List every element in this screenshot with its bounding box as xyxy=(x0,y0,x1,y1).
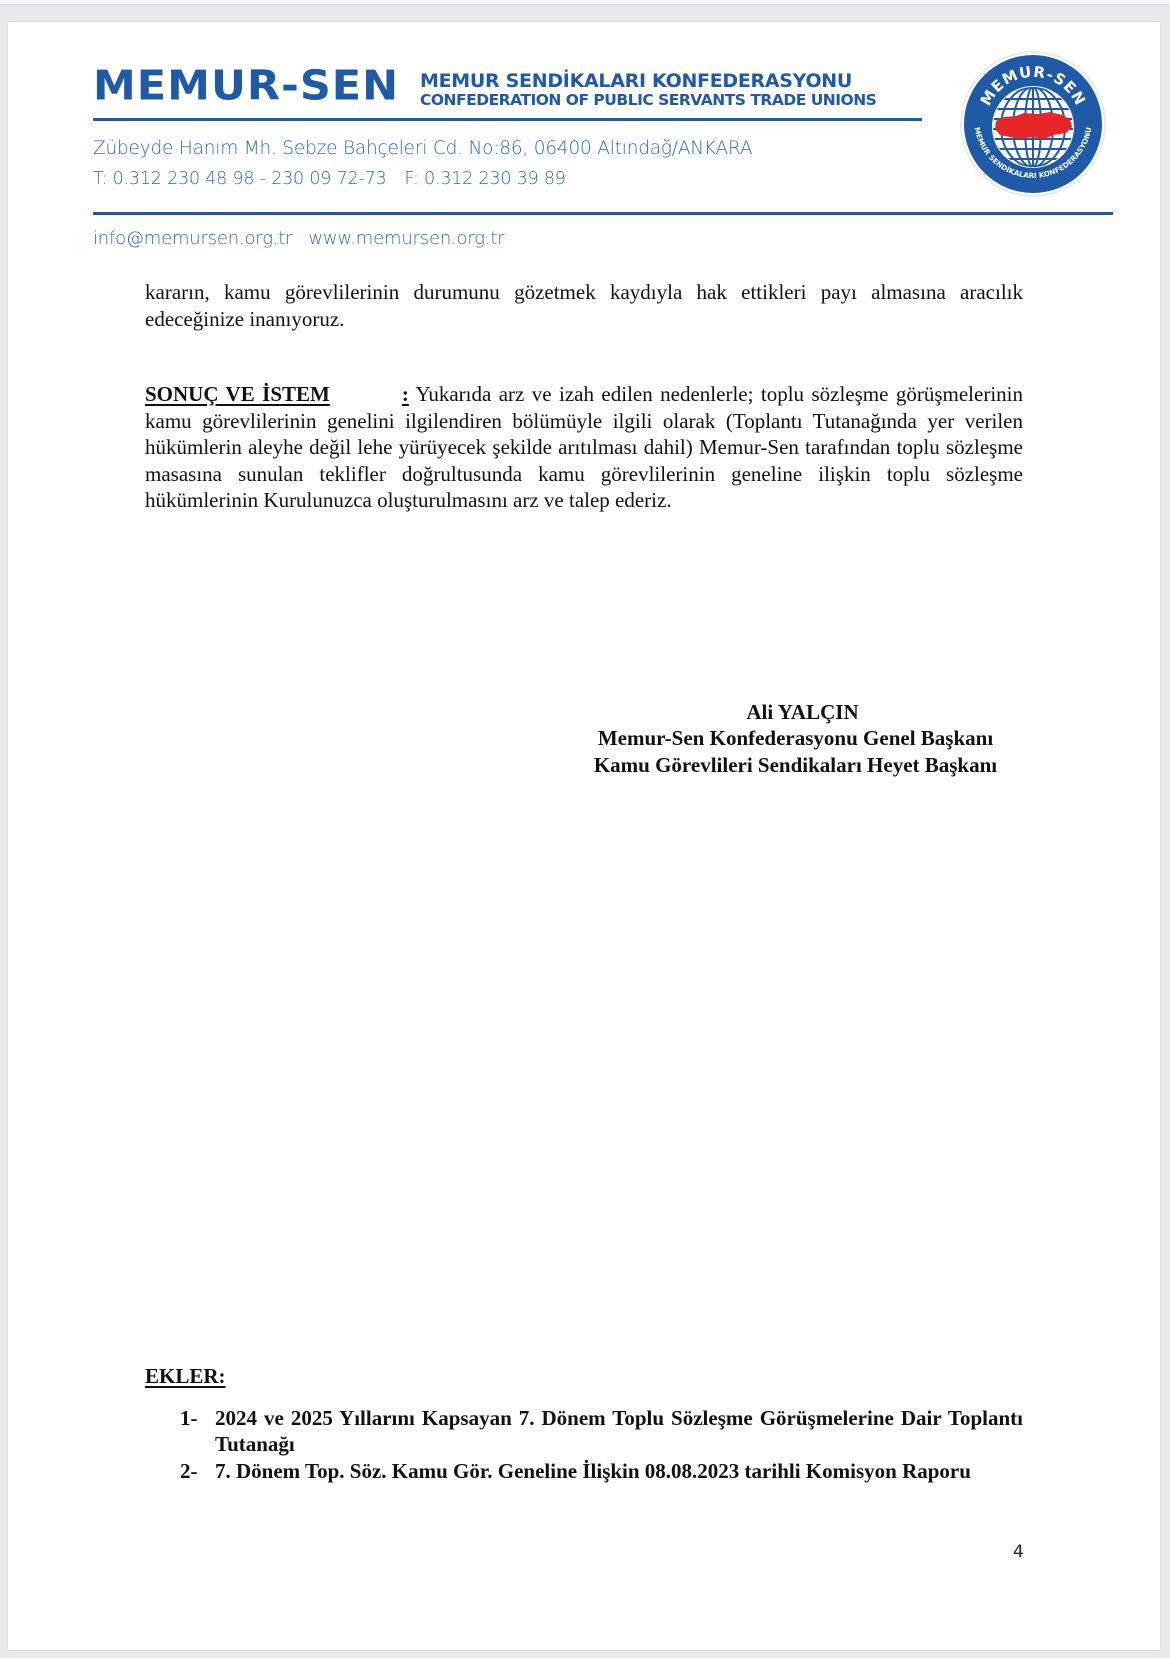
fax-number: F: 0.312 230 39 89 xyxy=(404,169,565,189)
signatory-name: Ali YALÇIN xyxy=(568,699,1023,725)
organization-names: MEMUR SENDİKALARI KONFEDERASYONU CONFEDE… xyxy=(420,72,876,109)
page-number: 4 xyxy=(1013,1542,1024,1562)
header-divider-bottom xyxy=(93,212,1113,215)
document-page: MEMUR-SEN MEMUR SENDİKALARI KONFEDERASYO… xyxy=(8,22,1160,1650)
attachments-list: 1- 2024 ve 2025 Yıllarını Kapsayan 7. Dö… xyxy=(180,1405,1023,1484)
signature-block: Ali YALÇIN Memur-Sen Konfederasyonu Gene… xyxy=(568,699,1023,778)
website-address: www.memursen.org.tr xyxy=(308,228,504,249)
org-name-english: CONFEDERATION OF PUBLIC SERVANTS TRADE U… xyxy=(420,93,876,109)
closing-paragraph: kararın, kamu görevlilerinin durumunu gö… xyxy=(145,279,1023,332)
brand-wordmark: MEMUR-SEN xyxy=(93,66,399,107)
attachment-item: 1- 2024 ve 2025 Yıllarını Kapsayan 7. Dö… xyxy=(180,1405,1023,1458)
svg-text:1995: 1995 xyxy=(1025,167,1042,174)
signatory-title-2: Kamu Görevlileri Sendikaları Heyet Başka… xyxy=(568,752,1023,778)
org-name-turkish: MEMUR SENDİKALARI KONFEDERASYONU xyxy=(420,72,876,91)
conclusion-paragraph: SONUÇ VE İSTEM: Yukarıda arz ve izah edi… xyxy=(145,381,1023,514)
attachment-text: 7. Dönem Top. Söz. Kamu Gör. Geneline İl… xyxy=(215,1458,1023,1484)
viewer-top-bar xyxy=(0,0,1170,5)
conclusion-heading: SONUÇ VE İSTEM: xyxy=(145,382,409,406)
memur-sen-logo-icon: MEMUR-SEN MEMUR SENDİKALARI KONFEDERASYO… xyxy=(958,49,1108,199)
attachment-item: 2- 7. Dönem Top. Söz. Kamu Gör. Geneline… xyxy=(180,1458,1023,1484)
signatory-title-1: Memur-Sen Konfederasyonu Genel Başkanı xyxy=(568,725,1023,751)
web-contact-line: info@memursen.org.trwww.memursen.org.tr xyxy=(93,228,504,249)
attachment-text: 2024 ve 2025 Yıllarını Kapsayan 7. Dönem… xyxy=(215,1405,1023,1458)
header-divider-top xyxy=(93,118,922,121)
phone-number: T: 0.312 230 48 98 - 230 09 72-73 xyxy=(93,169,386,189)
phone-fax-line: T: 0.312 230 48 98 - 230 09 72-73F: 0.31… xyxy=(93,169,566,189)
attachment-number: 1- xyxy=(180,1405,215,1458)
attachment-number: 2- xyxy=(180,1458,215,1484)
email-address: info@memursen.org.tr xyxy=(93,228,292,249)
address-line: Zübeyde Hanım Mh. Sebze Bahçeleri Cd. No… xyxy=(93,138,752,159)
attachments-heading: EKLER: xyxy=(145,1364,226,1389)
